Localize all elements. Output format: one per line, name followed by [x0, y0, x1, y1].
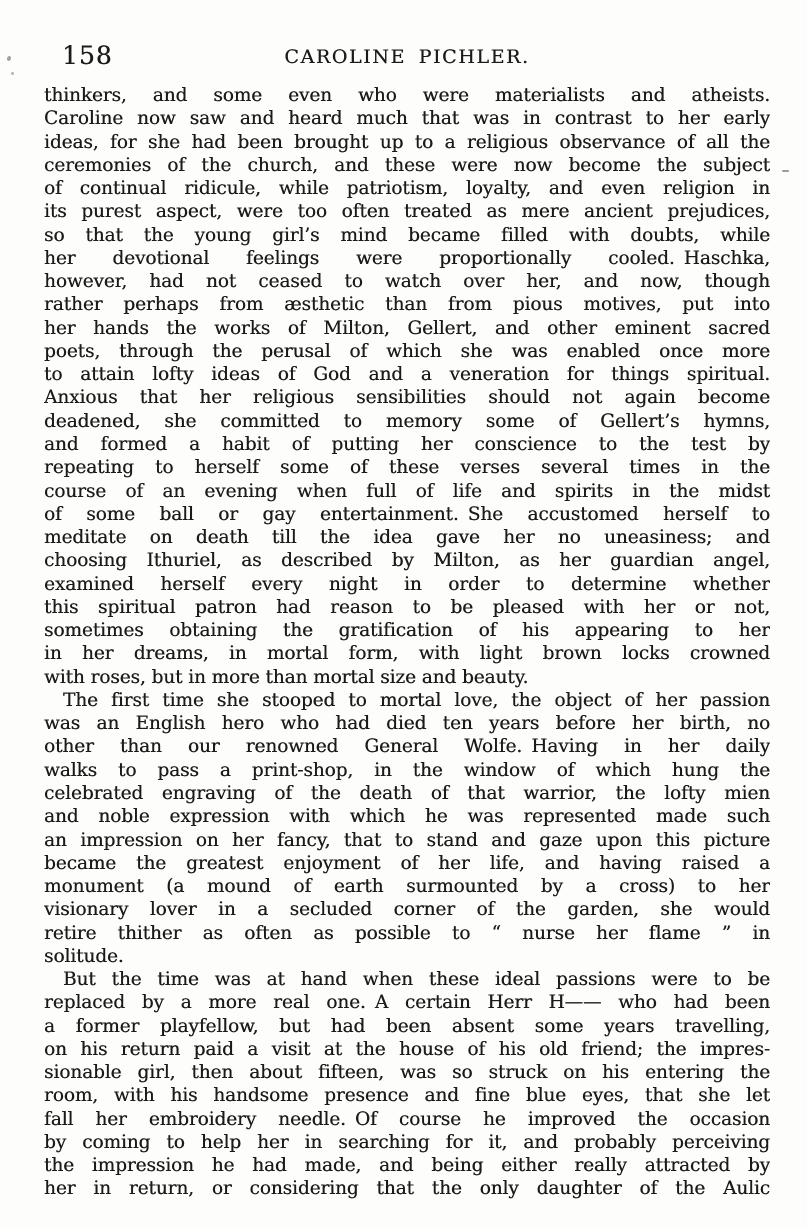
- text-line: ceremonies of the church, and these were…: [44, 154, 770, 177]
- text-line: of some ball or gay entertainment. She a…: [44, 503, 770, 526]
- text-line: her hands the works of Milton, Gellert, …: [44, 317, 770, 340]
- text-line: her devotional feelings were proportiona…: [44, 247, 770, 270]
- text-line: Caroline now saw and heard much that was…: [44, 107, 770, 130]
- running-title: CAROLINE PICHLER.: [44, 45, 770, 70]
- text-line: walks to pass a print-shop, in the windo…: [44, 759, 770, 782]
- text-line: visionary lover in a secluded corner of …: [44, 898, 770, 921]
- text-line: with roses, but in more than mortal size…: [44, 666, 770, 689]
- page-header: 158 CAROLINE PICHLER.: [44, 42, 770, 70]
- text-line: a former playfellow, but had been absent…: [44, 1015, 770, 1038]
- text-line: other than our renowned General Wolfe. H…: [44, 735, 770, 758]
- text-line: an impression on her fancy, that to stan…: [44, 829, 770, 852]
- scan-speck: [6, 55, 11, 61]
- text-line: deadened, she committed to memory some o…: [44, 410, 770, 433]
- text-line: solitude.: [44, 945, 770, 968]
- text-line: But the time was at hand when these idea…: [44, 968, 770, 991]
- text-line: rather perhaps from æsthetic than from p…: [44, 293, 770, 316]
- text-line: sionable girl, then about fifteen, was s…: [44, 1061, 770, 1084]
- text-line: the impression he had made, and being ei…: [44, 1154, 770, 1177]
- text-line: her in return, or considering that the o…: [44, 1177, 770, 1200]
- text-line: was an English hero who had died ten yea…: [44, 712, 770, 735]
- text-line: and noble expression with which he was r…: [44, 805, 770, 828]
- text-line: poets, through the perusal of which she …: [44, 340, 770, 363]
- text-line: fall her embroidery needle. Of course he…: [44, 1108, 770, 1131]
- text-line: examined herself every night in order to…: [44, 573, 770, 596]
- scan-speck: [11, 72, 14, 75]
- text-line: so that the young girl’s mind became fil…: [44, 224, 770, 247]
- text-line: Anxious that her religious sensibilities…: [44, 386, 770, 409]
- text-line: course of an evening when full of life a…: [44, 480, 770, 503]
- text-line: however, had not ceased to watch over he…: [44, 270, 770, 293]
- text-line: choosing Ithuriel, as described by Milto…: [44, 549, 770, 572]
- text-line: this spiritual patron had reason to be p…: [44, 596, 770, 619]
- text-line: The first time she stooped to mortal lov…: [44, 689, 770, 712]
- text-line: repeating to herself some of these verse…: [44, 456, 770, 479]
- text-line: by coming to help her in searching for i…: [44, 1131, 770, 1154]
- text-line: sometimes obtaining the gratification of…: [44, 619, 770, 642]
- text-line: of continual ridicule, while patriotism,…: [44, 177, 770, 200]
- text-line: its purest aspect, were too often treate…: [44, 200, 770, 223]
- text-line: meditate on death till the idea gave her…: [44, 526, 770, 549]
- text-line: became the greatest enjoyment of her lif…: [44, 852, 770, 875]
- page-body: thinkers, and some even who were materia…: [44, 84, 770, 1201]
- book-page: 158 CAROLINE PICHLER. thinkers, and some…: [0, 0, 807, 1229]
- text-line: to attain lofty ideas of God and a vener…: [44, 363, 770, 386]
- text-line: in her dreams, in mortal form, with ligh…: [44, 642, 770, 665]
- text-line: room, with his handsome presence and fin…: [44, 1084, 770, 1107]
- text-line: and formed a habit of putting her consci…: [44, 433, 770, 456]
- text-line: celebrated engraving of the death of tha…: [44, 782, 770, 805]
- scan-speck: [782, 170, 789, 172]
- text-line: ideas, for she had been brought up to a …: [44, 131, 770, 154]
- text-line: monument (a mound of earth surmounted by…: [44, 875, 770, 898]
- text-line: retire thither as often as possible to “…: [44, 922, 770, 945]
- text-line: thinkers, and some even who were materia…: [44, 84, 770, 107]
- text-line: replaced by a more real one. A certain H…: [44, 991, 770, 1014]
- text-line: on his return paid a visit at the house …: [44, 1038, 770, 1061]
